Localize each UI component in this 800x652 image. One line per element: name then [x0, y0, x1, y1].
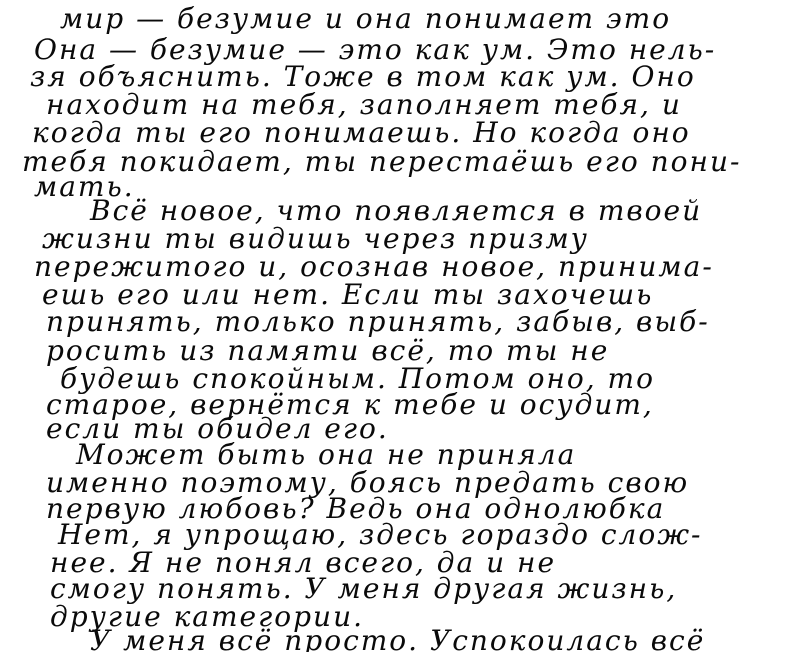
manuscript-page: мир — безумие и она понимает это Она — б…	[0, 0, 800, 652]
text-line: У меня всё просто. Успокоилась всё	[90, 624, 705, 652]
text-line: мир — безумие и она понимает это	[60, 2, 760, 35]
